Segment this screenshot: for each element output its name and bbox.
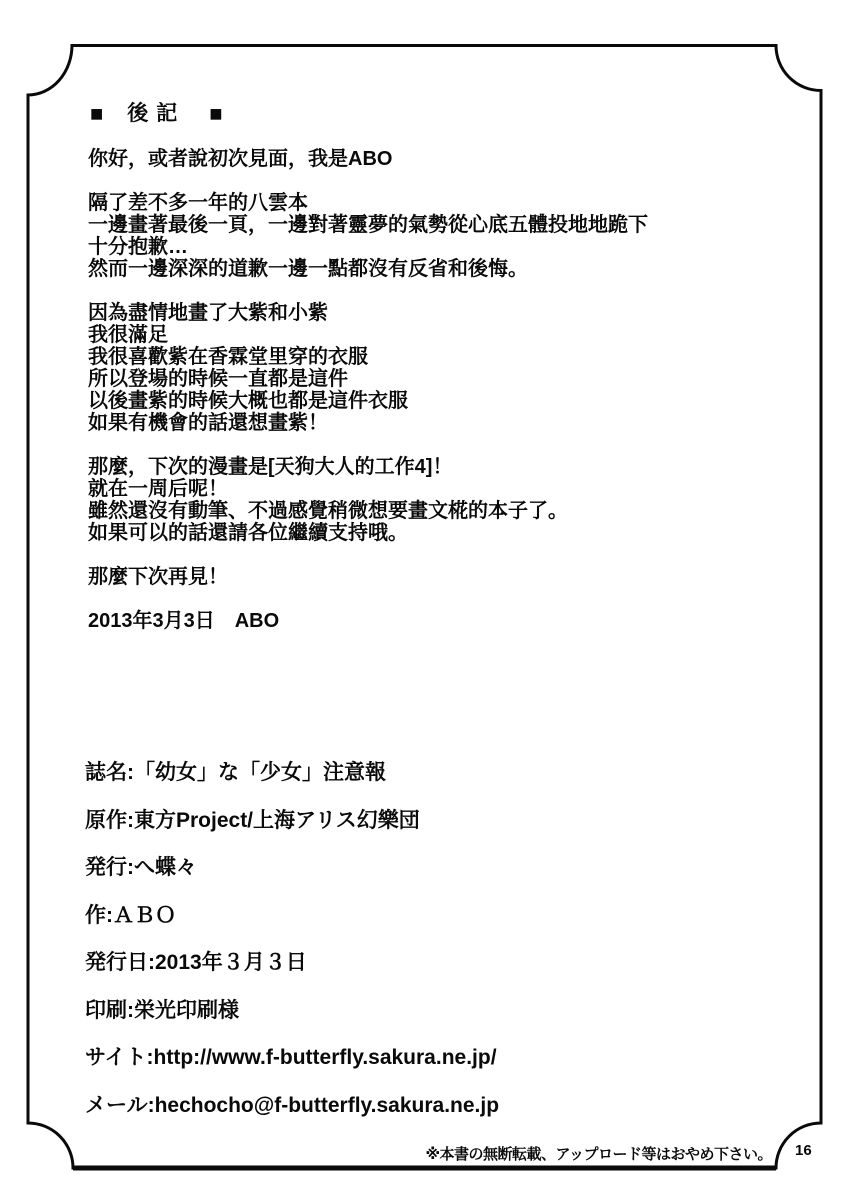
black-square-icon: ■ — [209, 105, 222, 122]
text-line: 如果有機會的話還想畫紫！ — [88, 412, 748, 434]
paragraph: 隔了差不多一年的八雲本一邊畫著最後一頁，一邊對著靈夢的氣勢從心底五體投地地跪下十… — [88, 192, 748, 280]
colophon-row: 印刷:栄光印刷様 — [85, 1000, 745, 1021]
footer-warning: ※本書の無断転載、アップロード等はおやめ下さい。 — [425, 1143, 772, 1164]
text-line: 那麼，下次的漫畫是[天狗大人的工作4]！ — [88, 456, 748, 478]
colophon-row: サイト:http://www.f-butterfly.sakura.ne.jp/ — [85, 1047, 745, 1068]
paragraph: 那麼下次再見！ — [88, 566, 748, 588]
colophon-row: 誌名:「幼女」な「少女」注意報 — [85, 762, 745, 783]
colophon-row: 発行:へ蝶々 — [85, 857, 745, 878]
paragraph: 你好，或者說初次見面，我是ABO — [88, 148, 748, 170]
text-line: 你好，或者說初次見面，我是ABO — [88, 148, 748, 170]
colophon-row: 原作:東方Project/上海アリス幻樂団 — [85, 810, 745, 831]
page-number: 16 — [795, 1142, 812, 1159]
text-line: 十分抱歉… — [88, 236, 748, 258]
paragraph: 那麼，下次的漫畫是[天狗大人的工作4]！就在一周后呢！雖然還沒有動筆、不過感覺稍… — [88, 456, 748, 544]
paragraph: 因為盡情地畫了大紫和小紫我很滿足我很喜歡紫在香霖堂里穿的衣服所以登場的時候一直都… — [88, 302, 748, 434]
text-line: 我很滿足 — [88, 324, 748, 346]
colophon-row: 発行日:2013年３月３日 — [85, 952, 745, 973]
text-line: 雖然還沒有動筆、不過感覺稍微想要畫文椛的本子了。 — [88, 500, 748, 522]
text-line: 如果可以的話還請各位繼續支持哦。 — [88, 522, 748, 544]
black-square-icon: ■ — [90, 105, 103, 122]
text-line: 然而一邊深深的道歉一邊一點都沒有反省和後悔。 — [88, 258, 748, 280]
afterword-heading-text: 後記 — [127, 103, 185, 124]
text-line: 一邊畫著最後一頁，一邊對著靈夢的氣勢從心底五體投地地跪下 — [88, 214, 748, 236]
text-line: 以後畫紫的時候大概也都是這件衣服 — [88, 390, 748, 412]
text-line: 就在一周后呢！ — [88, 478, 748, 500]
afterword-body: 你好，或者說初次見面，我是ABO隔了差不多一年的八雲本一邊畫著最後一頁，一邊對著… — [88, 148, 748, 654]
text-line: 2013年3月3日 ABO — [88, 610, 748, 632]
text-line: 那麼下次再見！ — [88, 566, 748, 588]
colophon-row: メール:hechocho@f-butterfly.sakura.ne.jp — [85, 1095, 745, 1116]
text-line: 我很喜歡紫在香霖堂里穿的衣服 — [88, 346, 748, 368]
afterword-page: ■ 後記 ■ 你好，或者說初次見面，我是ABO隔了差不多一年的八雲本一邊畫著最後… — [0, 0, 851, 1202]
text-line: 隔了差不多一年的八雲本 — [88, 192, 748, 214]
text-line: 因為盡情地畫了大紫和小紫 — [88, 302, 748, 324]
text-line: 所以登場的時候一直都是這件 — [88, 368, 748, 390]
afterword-heading: ■ 後記 ■ — [90, 103, 223, 124]
paragraph: 2013年3月3日 ABO — [88, 610, 748, 632]
colophon-row: 作:ＡＢＯ — [85, 905, 745, 926]
colophon: 誌名:「幼女」な「少女」注意報原作:東方Project/上海アリス幻樂団発行:へ… — [85, 762, 745, 1142]
